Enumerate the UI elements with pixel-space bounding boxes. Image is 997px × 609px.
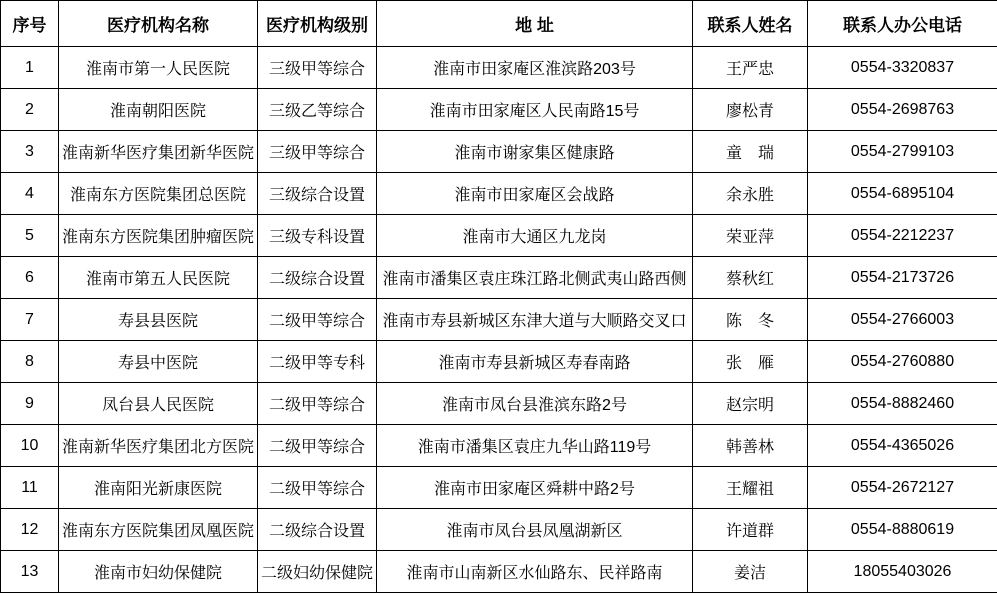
cell-level: 二级综合设置: [258, 509, 377, 551]
cell-address: 淮南市潘集区袁庄珠江路北侧武夷山路西侧: [377, 257, 693, 299]
cell-name: 淮南东方医院集团总医院: [59, 173, 258, 215]
cell-phone: 18055403026: [808, 551, 997, 593]
cell-name: 淮南新华医疗集团新华医院: [59, 131, 258, 173]
cell-contact: 赵宗明: [693, 383, 808, 425]
table-row: 5淮南东方医院集团肿瘤医院三级专科设置淮南市大通区九龙岗荣亚萍0554-2212…: [1, 215, 997, 257]
cell-no: 7: [1, 299, 59, 341]
cell-no: 13: [1, 551, 59, 593]
cell-contact: 荣亚萍: [693, 215, 808, 257]
cell-name: 寿县中医院: [59, 341, 258, 383]
cell-phone: 0554-3320837: [808, 47, 997, 89]
cell-phone: 0554-2799103: [808, 131, 997, 173]
cell-no: 11: [1, 467, 59, 509]
cell-address: 淮南市田家庵区会战路: [377, 173, 693, 215]
cell-no: 5: [1, 215, 59, 257]
cell-name: 淮南阳光新康医院: [59, 467, 258, 509]
cell-contact: 韩善林: [693, 425, 808, 467]
cell-address: 淮南市凤台县淮滨东路2号: [377, 383, 693, 425]
cell-contact: 廖松青: [693, 89, 808, 131]
cell-address: 淮南市大通区九龙岗: [377, 215, 693, 257]
table-row: 12淮南东方医院集团凤凰医院二级综合设置淮南市凤台县凤凰湖新区许道群0554-8…: [1, 509, 997, 551]
cell-level: 二级妇幼保健院: [258, 551, 377, 593]
column-header-name: 医疗机构名称: [59, 1, 258, 47]
table-row: 11淮南阳光新康医院二级甲等综合淮南市田家庵区舜耕中路2号王耀祖0554-267…: [1, 467, 997, 509]
cell-address: 淮南市凤台县凤凰湖新区: [377, 509, 693, 551]
cell-contact: 王耀祖: [693, 467, 808, 509]
cell-address: 淮南市寿县新城区东津大道与大顺路交叉口: [377, 299, 693, 341]
table-row: 10淮南新华医疗集团北方医院二级甲等综合淮南市潘集区袁庄九华山路119号韩善林0…: [1, 425, 997, 467]
cell-address: 淮南市山南新区水仙路东、民祥路南: [377, 551, 693, 593]
cell-no: 3: [1, 131, 59, 173]
cell-name: 淮南新华医疗集团北方医院: [59, 425, 258, 467]
cell-level: 二级综合设置: [258, 257, 377, 299]
cell-name: 淮南朝阳医院: [59, 89, 258, 131]
table-header-row: 序号医疗机构名称医疗机构级别地 址联系人姓名联系人办公电话: [1, 1, 997, 47]
cell-level: 三级专科设置: [258, 215, 377, 257]
column-header-contact: 联系人姓名: [693, 1, 808, 47]
table-row: 1淮南市第一人民医院三级甲等综合淮南市田家庵区淮滨路203号王严忠0554-33…: [1, 47, 997, 89]
cell-level: 二级甲等综合: [258, 425, 377, 467]
cell-level: 二级甲等综合: [258, 299, 377, 341]
cell-no: 8: [1, 341, 59, 383]
cell-contact: 陈 冬: [693, 299, 808, 341]
cell-phone: 0554-6895104: [808, 173, 997, 215]
cell-address: 淮南市谢家集区健康路: [377, 131, 693, 173]
cell-address: 淮南市田家庵区舜耕中路2号: [377, 467, 693, 509]
cell-no: 2: [1, 89, 59, 131]
cell-name: 凤台县人民医院: [59, 383, 258, 425]
cell-no: 9: [1, 383, 59, 425]
cell-phone: 0554-2698763: [808, 89, 997, 131]
cell-contact: 许道群: [693, 509, 808, 551]
cell-name: 淮南市妇幼保健院: [59, 551, 258, 593]
cell-level: 二级甲等综合: [258, 467, 377, 509]
cell-contact: 童 瑞: [693, 131, 808, 173]
cell-address: 淮南市田家庵区人民南路15号: [377, 89, 693, 131]
cell-contact: 王严忠: [693, 47, 808, 89]
cell-name: 淮南东方医院集团凤凰医院: [59, 509, 258, 551]
cell-phone: 0554-8882460: [808, 383, 997, 425]
cell-no: 6: [1, 257, 59, 299]
cell-level: 三级甲等综合: [258, 47, 377, 89]
cell-phone: 0554-2173726: [808, 257, 997, 299]
cell-address: 淮南市寿县新城区寿春南路: [377, 341, 693, 383]
cell-phone: 0554-4365026: [808, 425, 997, 467]
table-row: 2淮南朝阳医院三级乙等综合淮南市田家庵区人民南路15号廖松青0554-26987…: [1, 89, 997, 131]
cell-level: 三级综合设置: [258, 173, 377, 215]
cell-name: 淮南市第一人民医院: [59, 47, 258, 89]
cell-level: 二级甲等综合: [258, 383, 377, 425]
cell-name: 寿县县医院: [59, 299, 258, 341]
table-row: 13淮南市妇幼保健院二级妇幼保健院淮南市山南新区水仙路东、民祥路南姜洁18055…: [1, 551, 997, 593]
cell-name: 淮南东方医院集团肿瘤医院: [59, 215, 258, 257]
cell-name: 淮南市第五人民医院: [59, 257, 258, 299]
cell-no: 4: [1, 173, 59, 215]
cell-address: 淮南市潘集区袁庄九华山路119号: [377, 425, 693, 467]
table-row: 3淮南新华医疗集团新华医院三级甲等综合淮南市谢家集区健康路童 瑞0554-279…: [1, 131, 997, 173]
cell-no: 1: [1, 47, 59, 89]
cell-contact: 姜洁: [693, 551, 808, 593]
table-row: 9凤台县人民医院二级甲等综合淮南市凤台县淮滨东路2号赵宗明0554-888246…: [1, 383, 997, 425]
hospital-table: 序号医疗机构名称医疗机构级别地 址联系人姓名联系人办公电话 1淮南市第一人民医院…: [0, 0, 997, 593]
table-row: 8寿县中医院二级甲等专科淮南市寿县新城区寿春南路张 雁0554-2760880: [1, 341, 997, 383]
cell-contact: 蔡秋红: [693, 257, 808, 299]
cell-phone: 0554-8880619: [808, 509, 997, 551]
cell-level: 二级甲等专科: [258, 341, 377, 383]
cell-level: 三级甲等综合: [258, 131, 377, 173]
cell-address: 淮南市田家庵区淮滨路203号: [377, 47, 693, 89]
table-row: 7寿县县医院二级甲等综合淮南市寿县新城区东津大道与大顺路交叉口陈 冬0554-2…: [1, 299, 997, 341]
column-header-phone: 联系人办公电话: [808, 1, 997, 47]
cell-phone: 0554-2672127: [808, 467, 997, 509]
cell-no: 12: [1, 509, 59, 551]
cell-level: 三级乙等综合: [258, 89, 377, 131]
cell-contact: 张 雁: [693, 341, 808, 383]
hospital-contact-table-page: 序号医疗机构名称医疗机构级别地 址联系人姓名联系人办公电话 1淮南市第一人民医院…: [0, 0, 997, 609]
cell-phone: 0554-2212237: [808, 215, 997, 257]
column-header-address: 地 址: [377, 1, 693, 47]
column-header-level: 医疗机构级别: [258, 1, 377, 47]
table-row: 4淮南东方医院集团总医院三级综合设置淮南市田家庵区会战路余永胜0554-6895…: [1, 173, 997, 215]
cell-phone: 0554-2766003: [808, 299, 997, 341]
cell-phone: 0554-2760880: [808, 341, 997, 383]
cell-contact: 余永胜: [693, 173, 808, 215]
cell-no: 10: [1, 425, 59, 467]
table-row: 6淮南市第五人民医院二级综合设置淮南市潘集区袁庄珠江路北侧武夷山路西侧蔡秋红05…: [1, 257, 997, 299]
column-header-no: 序号: [1, 1, 59, 47]
